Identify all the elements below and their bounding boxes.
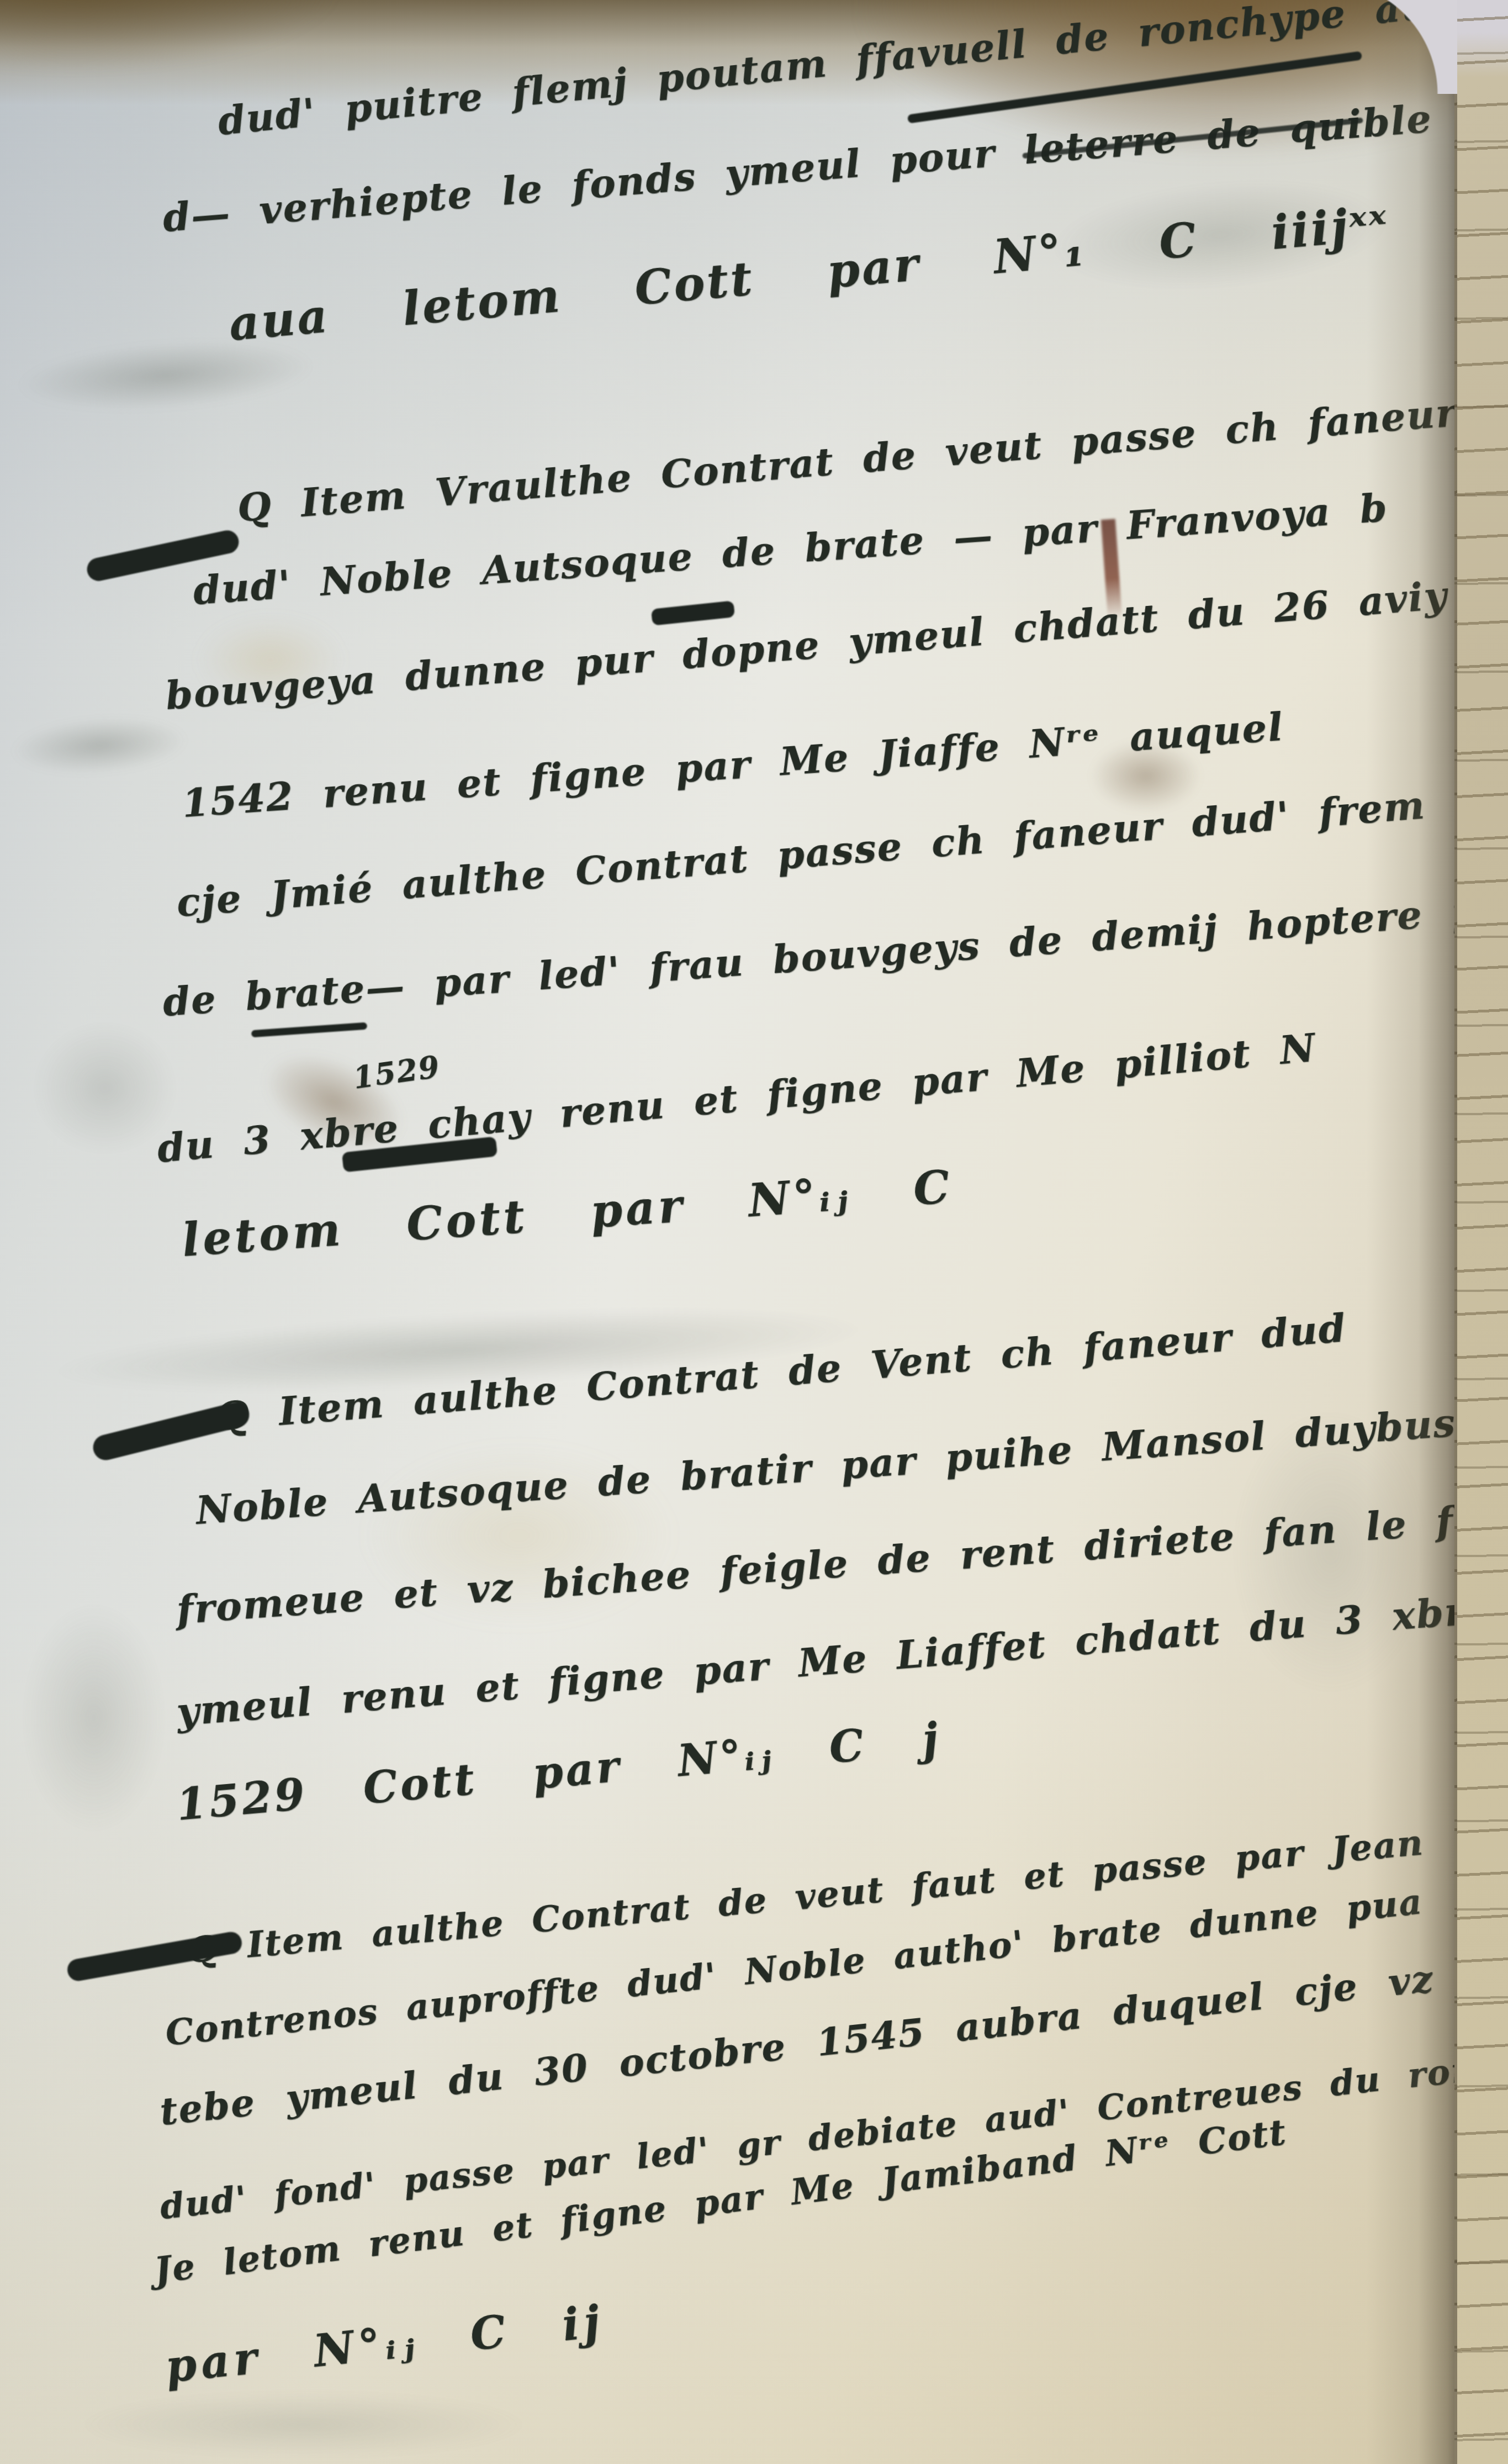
manuscript-photo: dud' puitre flemj poutam ffavuell de ron… <box>0 0 1508 2464</box>
book-fore-edge <box>1454 0 1508 2464</box>
table-surface <box>1325 0 1457 94</box>
page-curve-shadow <box>1367 0 1461 2464</box>
